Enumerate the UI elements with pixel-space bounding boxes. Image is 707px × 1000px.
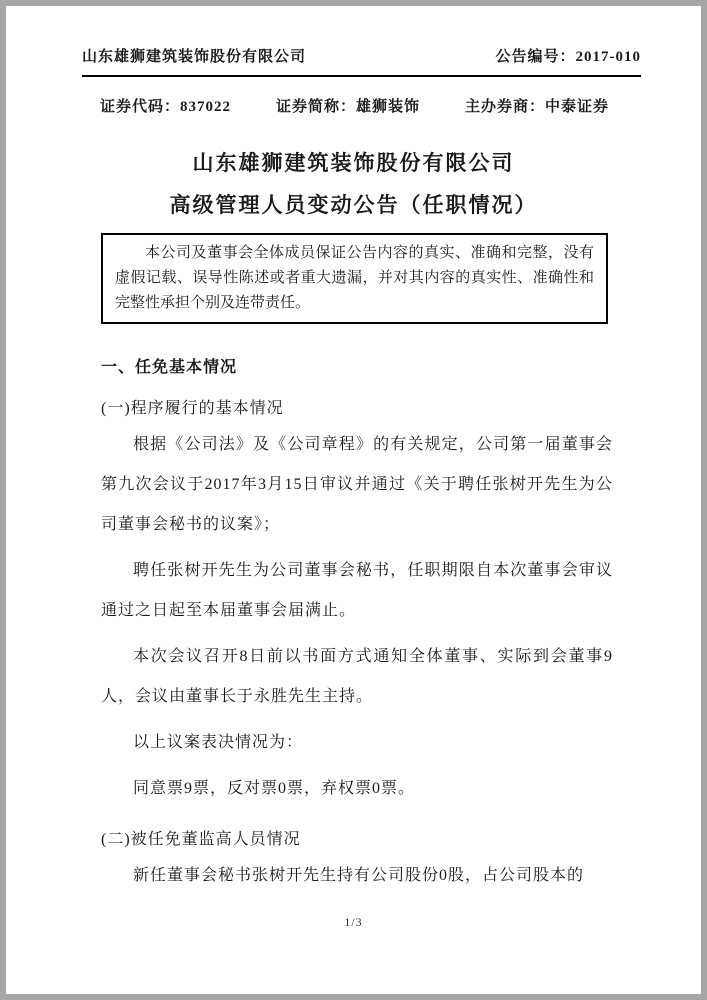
paragraph-meeting-notice: 本次会议召开8日前以书面方式通知全体董事、实际到会董事9人，会议由董事长于永胜先… [101,637,613,717]
paragraph-resolution: 根据《公司法》及《公司章程》的有关规定，公司第一届董事会第九次会议于2017年3… [101,425,613,545]
announcement-page: 山东雄狮建筑装饰股份有限公司 公告编号：2017-010 证券代码：837022… [0,0,707,1000]
page-number: 1/3 [6,915,701,930]
header-company-name: 山东雄狮建筑装饰股份有限公司 [82,48,306,66]
header-announcement-no: 公告编号：2017-010 [496,48,642,66]
header-divider-rule [82,75,641,77]
sponsor-broker: 主办券商：中泰证券 [465,98,609,116]
securities-short-name: 证券简称：雄狮装饰 [276,98,420,116]
header-row: 山东雄狮建筑装饰股份有限公司 公告编号：2017-010 [82,48,641,66]
document-title-line2: 高级管理人员变动公告（任职情况） [6,184,701,226]
paragraph-appointment-term: 聘任张树开先生为公司董事会秘书，任职期限自本次董事会审议通过之日起至本届董事会届… [101,551,613,631]
paragraph-vote-result: 同意票9票，反对票0票，弃权票0票。 [101,769,613,809]
subsection-heading-2: (二)被任免董监高人员情况 [101,830,613,850]
document-body: 一、任免基本情况 (一)程序履行的基本情况 根据《公司法》及《公司章程》的有关规… [101,358,613,896]
securities-info-row: 证券代码：837022 证券简称：雄狮装饰 主办券商：中泰证券 [100,98,609,116]
disclaimer-text: 本公司及董事会全体成员保证公告内容的真实、准确和完整，没有虚假记载、误导性陈述或… [115,241,594,316]
page-header: 山东雄狮建筑装饰股份有限公司 公告编号：2017-010 [82,48,641,77]
paragraph-vote-intro: 以上议案表决情况为： [101,723,613,763]
securities-code: 证券代码：837022 [100,98,231,116]
section-heading-1: 一、任免基本情况 [101,358,613,378]
disclaimer-box: 本公司及董事会全体成员保证公告内容的真实、准确和完整，没有虚假记载、误导性陈述或… [101,233,608,324]
document-title: 山东雄狮建筑装饰股份有限公司 高级管理人员变动公告（任职情况） [6,142,701,226]
paragraph-shareholding: 新任董事会秘书张树开先生持有公司股份0股，占公司股本的 [101,856,613,896]
subsection-heading-1: (一)程序履行的基本情况 [101,399,613,419]
document-title-line1: 山东雄狮建筑装饰股份有限公司 [6,142,701,184]
